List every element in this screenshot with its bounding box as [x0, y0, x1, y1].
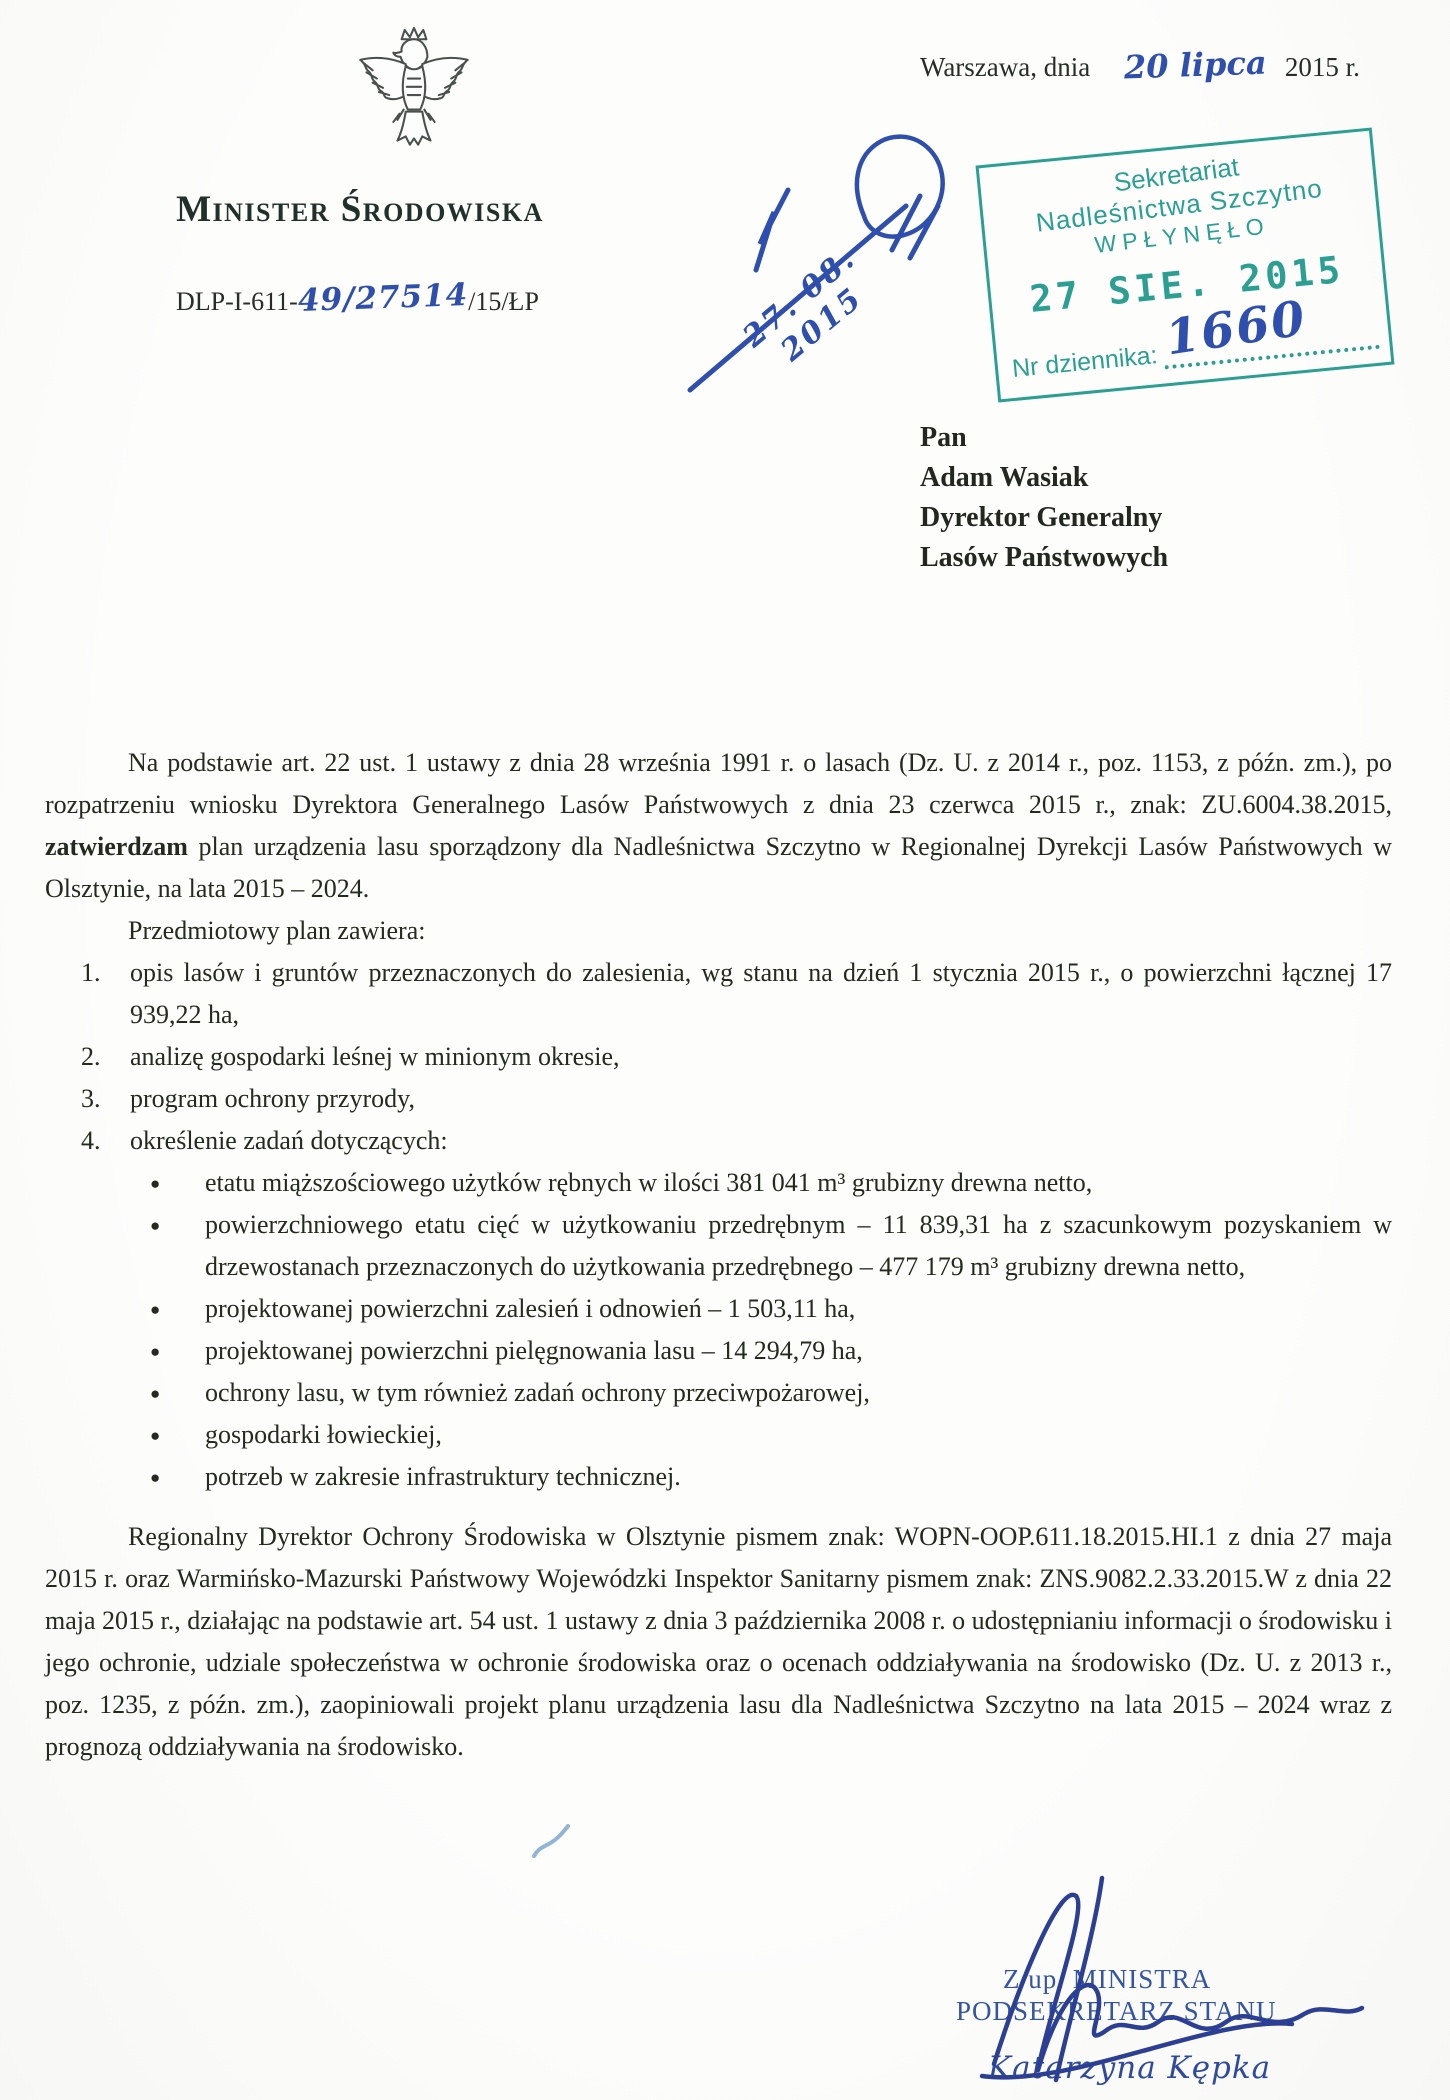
stamp-journal-label: Nr dziennika:	[1011, 341, 1159, 384]
list-item-text: opis lasów i gruntów przeznaczonych do z…	[130, 958, 1392, 1029]
document-page: Minister Środowiska DLP-I-611-49/27514/1…	[0, 0, 1450, 2100]
recipient-title-line1: Dyrektor Generalny	[920, 498, 1168, 538]
reference-number: DLP-I-611-49/27514/15/ŁP	[176, 282, 539, 318]
date-handwritten-ink: 20 lipca	[1124, 44, 1268, 87]
p1-text-before: Na podstawie art. 22 ust. 1 ustawy z dni…	[45, 748, 1392, 819]
list-item: 3.program ochrony przyrody,	[45, 1078, 1392, 1120]
place-and-date: Warszawa, dnia20 lipca2015 r.	[920, 46, 1360, 84]
list-item: 2.analizę gospodarki leśnej w minionym o…	[45, 1036, 1392, 1078]
bullet-item: projektowanej powierzchni zalesień i odn…	[45, 1288, 1392, 1330]
bullet-item: gospodarki łowieckiej,	[45, 1414, 1392, 1456]
small-pen-mark	[528, 1818, 574, 1864]
bullet-list: etatu miąższościowego użytków rębnych w …	[45, 1162, 1392, 1498]
list-intro: Przedmiotowy plan zawiera:	[45, 910, 1392, 952]
bullet-item: projektowanej powierzchni pielęgnowania …	[45, 1330, 1392, 1372]
recipient-salutation: Pan	[920, 418, 1168, 458]
list-item-number: 2.	[81, 1036, 101, 1078]
list-item: 1.opis lasów i gruntów przeznaczonych do…	[45, 952, 1392, 1036]
recipient-name: Adam Wasiak	[920, 458, 1168, 498]
page-title: Minister Środowiska	[80, 188, 640, 231]
reference-handwritten-ink: 49/27514	[297, 277, 468, 319]
list-item-number: 1.	[81, 952, 101, 994]
list-item-text: analizę gospodarki leśnej w minionym okr…	[130, 1042, 620, 1071]
list-item-number: 4.	[81, 1120, 101, 1162]
handwritten-annotation: 27. 08. 2015	[668, 98, 998, 418]
receipt-stamp: Sekretariat Nadleśnictwa Szczytno WPŁYNĘ…	[976, 127, 1395, 402]
recipient-title-line2: Lasów Państwowych	[920, 538, 1168, 578]
list-item-text: program ochrony przyrody,	[130, 1084, 415, 1113]
p1-text-after: plan urządzenia lasu sporządzony dla Nad…	[45, 832, 1392, 903]
paragraph-opinions: Regionalny Dyrektor Ochrony Środowiska w…	[45, 1516, 1392, 1768]
handwritten-signature	[952, 1866, 1382, 2096]
numbered-list: 1.opis lasów i gruntów przeznaczonych do…	[45, 952, 1392, 1162]
p1-approve-word: zatwierdzam	[45, 832, 188, 861]
polish-eagle-emblem	[352, 24, 476, 162]
list-item-number: 3.	[81, 1078, 101, 1120]
bullet-item: potrzeb w zakresie infrastruktury techni…	[45, 1456, 1392, 1498]
reference-suffix: /15/ŁP	[468, 287, 539, 316]
reference-prefix: DLP-I-611-	[176, 287, 298, 316]
date-year: 2015 r.	[1285, 52, 1360, 82]
bullet-item: etatu miąższościowego użytków rębnych w …	[45, 1162, 1392, 1204]
place-date-label: Warszawa, dnia	[920, 52, 1090, 82]
paragraph-legal-basis: Na podstawie art. 22 ust. 1 ustawy z dni…	[45, 742, 1392, 910]
recipient-block: Pan Adam Wasiak Dyrektor Generalny Lasów…	[920, 418, 1168, 578]
letter-body: Na podstawie art. 22 ust. 1 ustawy z dni…	[45, 742, 1392, 1768]
bullet-item: ochrony lasu, w tym również zadań ochron…	[45, 1372, 1392, 1414]
list-item: 4.określenie zadań dotyczących:	[45, 1120, 1392, 1162]
list-item-text: określenie zadań dotyczących:	[130, 1126, 448, 1155]
bullet-item: powierzchniowego etatu cięć w użytkowani…	[45, 1204, 1392, 1288]
